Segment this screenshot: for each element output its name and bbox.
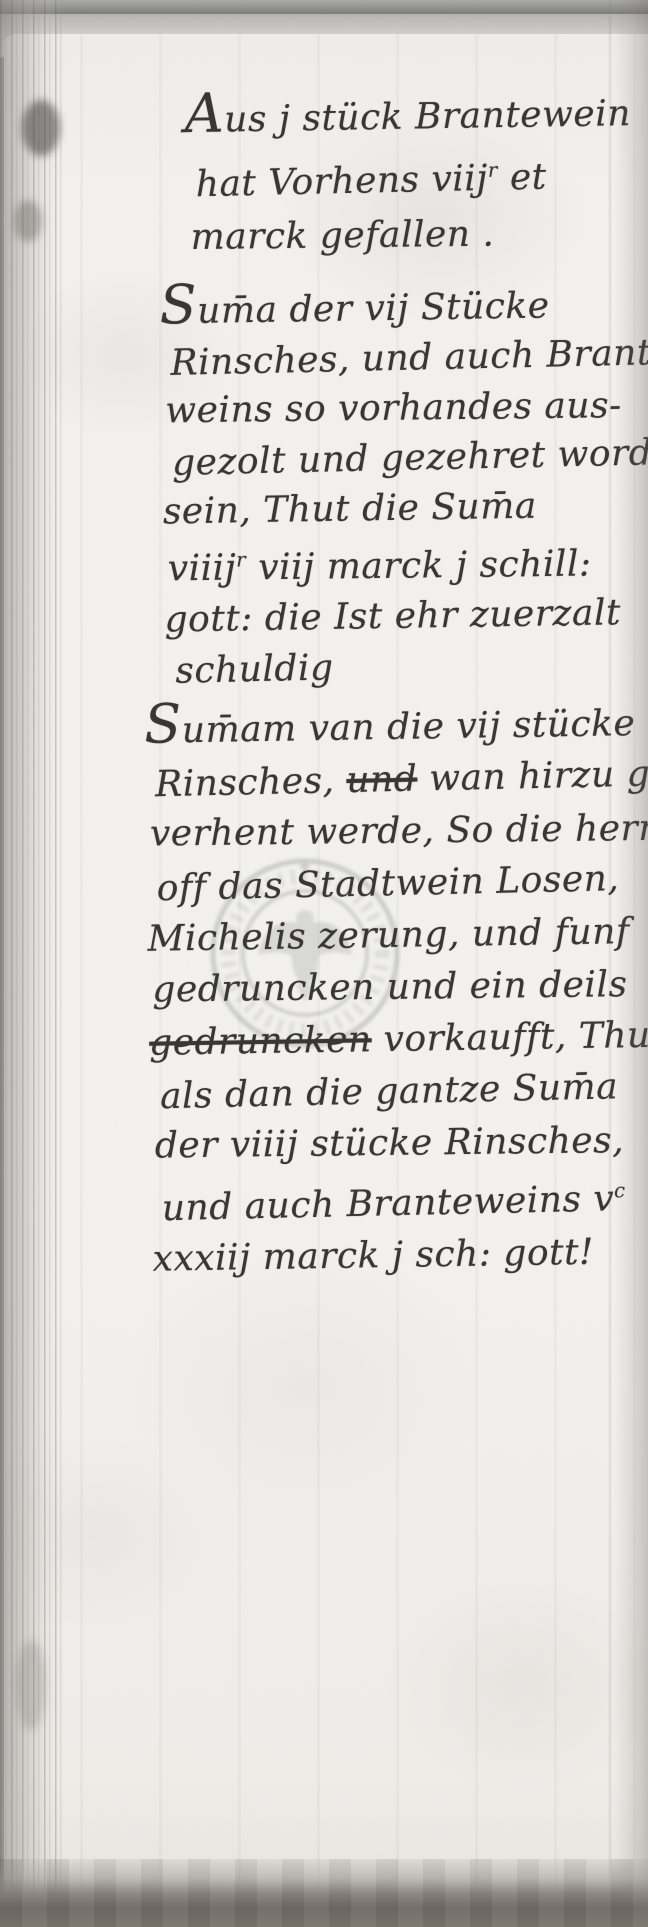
handwriting-segment: und auch Branteweins v [161, 1178, 614, 1229]
handwriting-segment: gedruncken und ein deils [152, 964, 627, 1010]
manuscript-line: off das Stadtwein Losen, [156, 852, 648, 916]
handwriting-segment: Sum̄am van die vij stücke [144, 703, 636, 752]
handwriting-segment: Aus j stück Brantewein [184, 93, 631, 141]
handwriting-segment: schuldig [175, 647, 334, 691]
text-block: Aus j stück Branteweinhat Vorhens viijr … [0, 0, 648, 1927]
manuscript-paragraph: Sum̄am van die vij stückeRinsches, und w… [144, 690, 648, 1285]
manuscript-line: gott: die Ist ehr zuerzalt [164, 588, 648, 646]
handwriting-segment: verhent werde, So die herrn [150, 808, 648, 855]
manuscript-line: schuldig [175, 636, 648, 697]
handwriting-segment: als dan die gantze Sum̄a [160, 1066, 619, 1117]
manuscript-line: viiijr viij marck j schill: [167, 531, 648, 595]
handwriting-segment: marck gefallen . [190, 214, 494, 258]
manuscript-line: gezolt und gezehret word [172, 428, 648, 489]
handwriting-segment: weins so vorhandes aus- [165, 385, 622, 431]
manuscript-line: Rinsches, und wan hirzu ge- [155, 748, 648, 812]
handwriting-segment: Rinsches, [155, 760, 347, 805]
handwriting-segment: gezolt und gezehret word [172, 432, 648, 483]
struck-word: gedruncken [149, 1019, 372, 1063]
handwriting-segment: Sum̄a der vij Stücke [159, 285, 549, 332]
manuscript-paragraph: Sum̄a der vij StückeRinsches, und auch B… [159, 273, 648, 696]
handwriting-segment: viiij [168, 548, 237, 590]
handwriting-segment: xxxiij marck j sch: gott! [152, 1232, 594, 1280]
manuscript-line: der viiij stücke Rinsches, [155, 1114, 648, 1172]
manuscript-line: und auch Branteweins vc [161, 1164, 648, 1236]
manuscript-line: weins so vorhandes aus- [165, 381, 648, 437]
struck-word: und [346, 759, 418, 802]
handwriting-segment: sein, Thut die Sum̄a [163, 486, 538, 533]
handwriting-segment: vorkaufft, Thut [371, 1015, 648, 1061]
manuscript-line: Sum̄a der vij Stücke [159, 273, 648, 338]
handwriting-segment: off das Stadtwein Losen, [156, 858, 619, 909]
manuscript-line: gedruncken vorkaufft, Thut [149, 1009, 648, 1069]
manuscript-paragraph: Aus j stück Branteweinhat Vorhens viijr … [184, 79, 633, 266]
manuscript-line: Michelis zerung, und funf [147, 905, 648, 965]
page-fold-line [608, 0, 612, 1927]
handwriting-segment: viij marck j schill: [246, 544, 592, 589]
book-bottom-edge [0, 1859, 648, 1927]
handwriting-segment: et [497, 157, 547, 199]
handwriting-segment: der viiij stücke Rinsches, [155, 1120, 625, 1166]
manuscript-line: als dan die gantze Sum̄a [160, 1060, 648, 1124]
handwriting-segment: Rinsches, und auch Brant- [170, 332, 648, 384]
manuscript-line: Sum̄am van die vij stücke [144, 690, 648, 757]
manuscript-line: marck gefallen . [190, 205, 633, 265]
manuscript-line: verhent werde, So die herrn [150, 802, 648, 860]
manuscript-line: xxxiij marck j sch: gott! [152, 1225, 648, 1285]
manuscript-line: Rinsches, und auch Brant- [170, 328, 648, 389]
manuscript-line: sein, Thut die Sum̄a [163, 480, 648, 538]
manuscript-line: gedruncken und ein deils [152, 958, 648, 1016]
manuscript-scan: Aus j stück Branteweinhat Vorhens viijr … [0, 0, 648, 1927]
manuscript-line: Aus j stück Brantewein [184, 79, 631, 148]
handwriting-segment: gott: die Ist ehr zuerzalt [164, 592, 621, 640]
handwriting-segment: Michelis zerung, und funf [147, 911, 630, 960]
page-curve-shadow [614, 0, 648, 1927]
handwriting-segment: hat Vorhens viij [195, 158, 488, 205]
manuscript-line: hat Vorhens viijr et [195, 140, 632, 213]
handwriting-segment: r [236, 548, 246, 571]
